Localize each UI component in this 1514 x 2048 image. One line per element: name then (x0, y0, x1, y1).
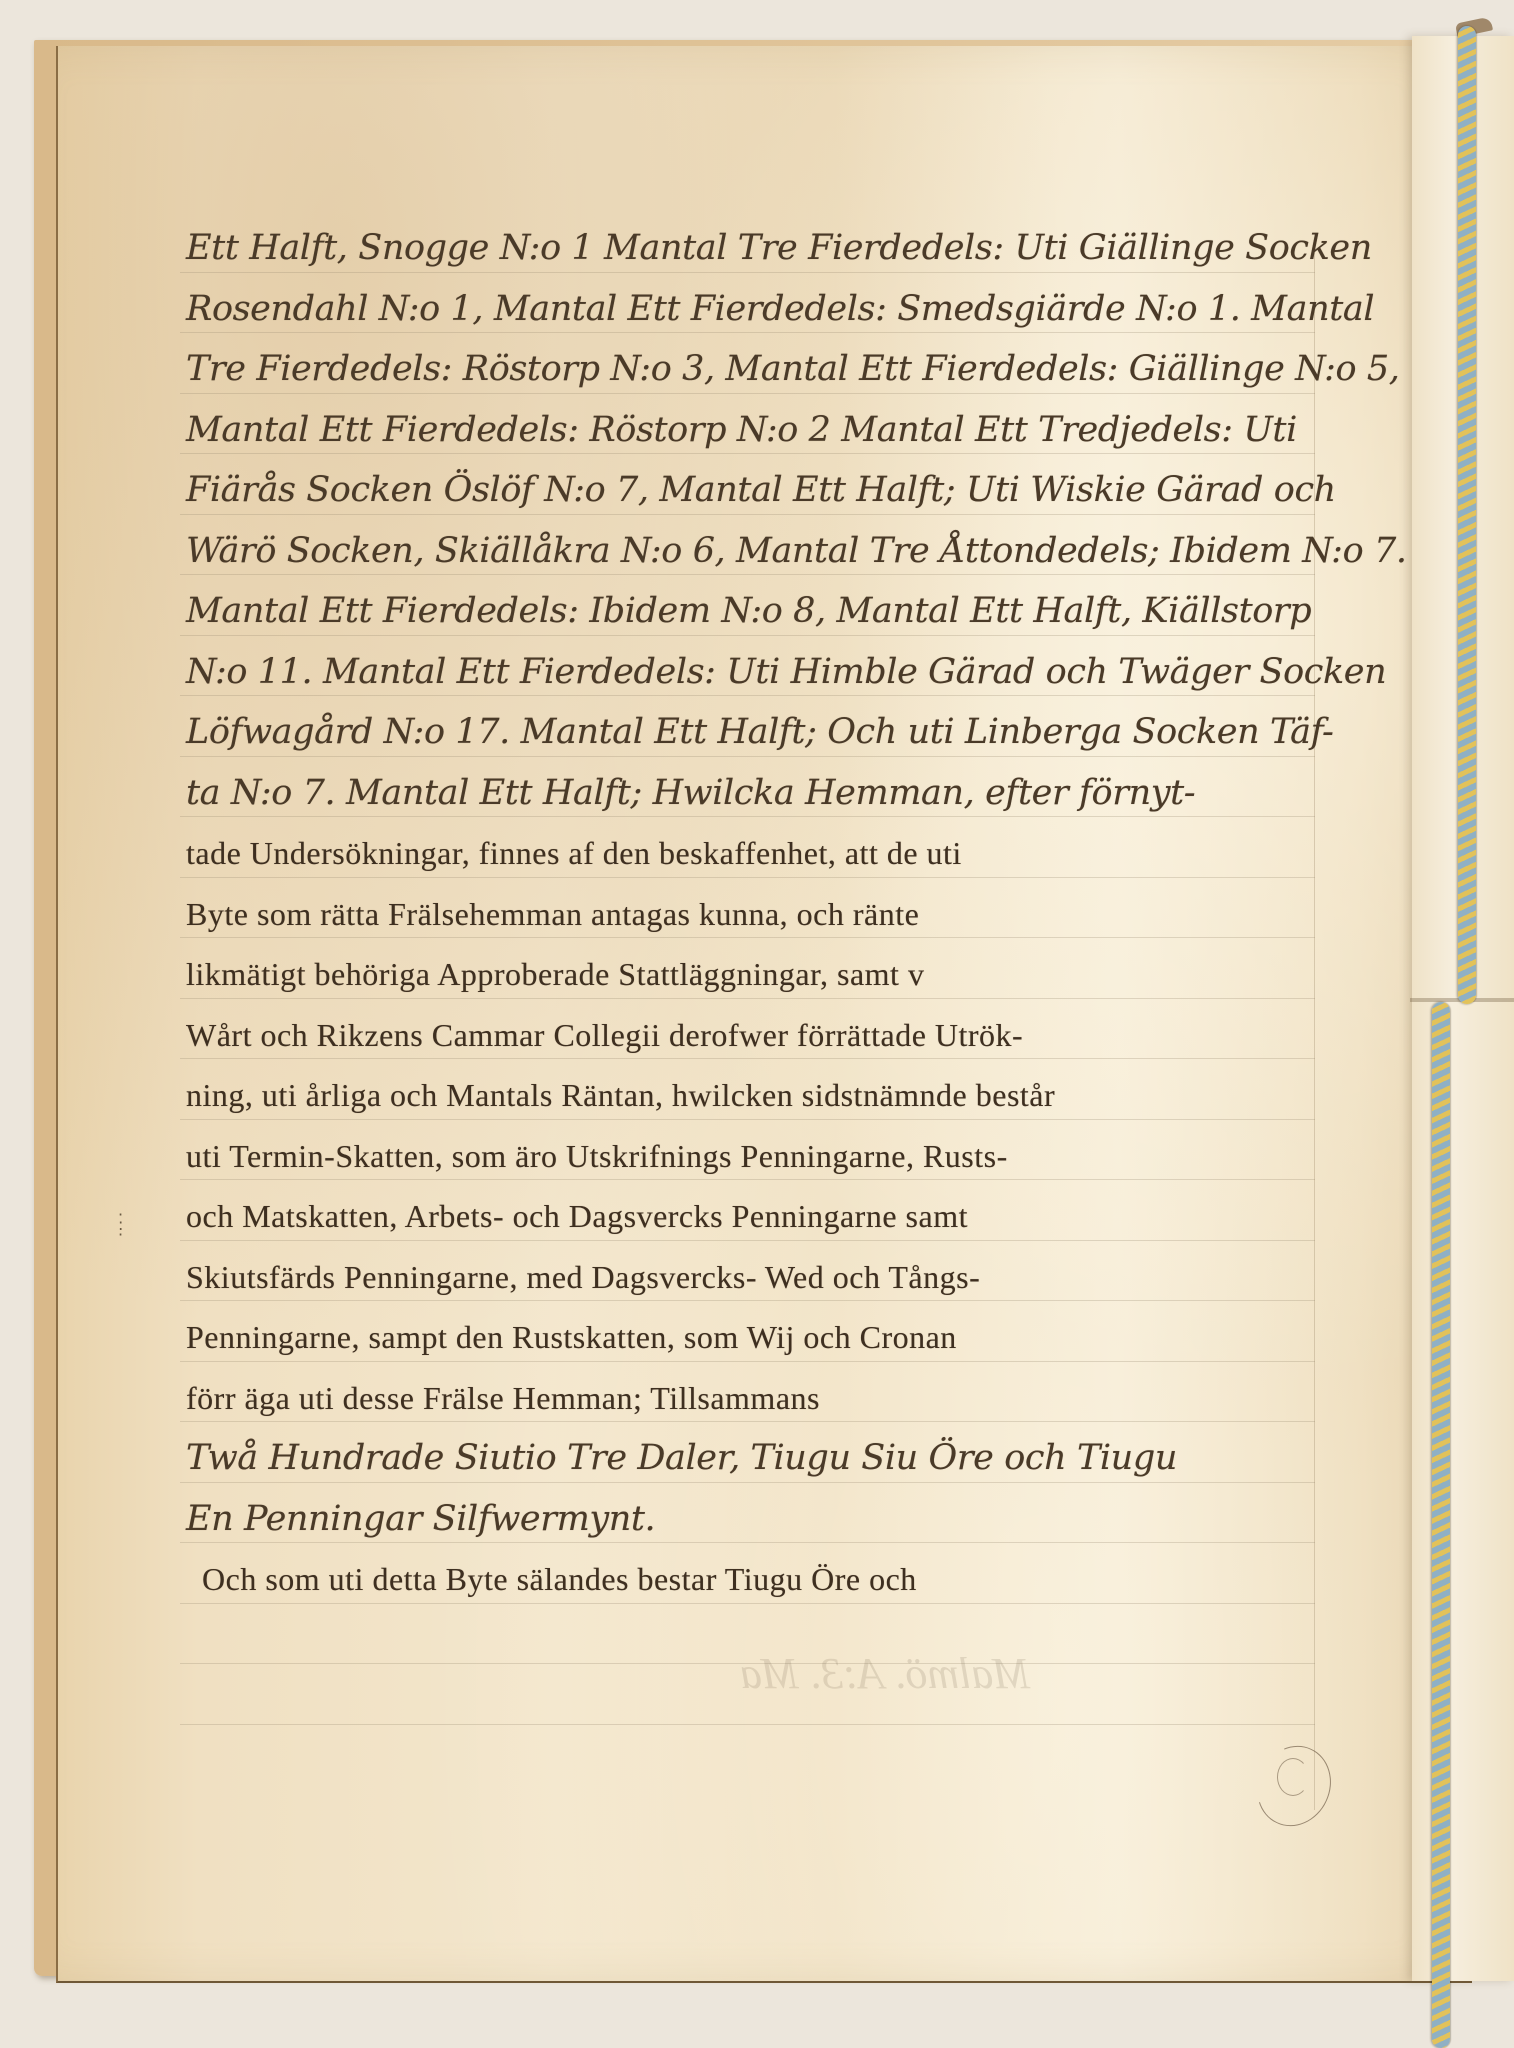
text-line: tade Undersökningar, finnes af den beska… (186, 823, 1316, 884)
text-line: Rosendahl N:o 1, Mantal Ett Fierdedels: … (186, 279, 1316, 340)
text-line: uti Termin-Skatten, som äro Utskrifnings… (186, 1126, 1316, 1187)
text-line: Fiärås Socken Öslöf N:o 7, Mantal Ett Ha… (186, 460, 1316, 521)
text-line: Ett Halft, Snogge N:o 1 Mantal Tre Fierd… (186, 218, 1316, 279)
manuscript-text: Ett Halft, Snogge N:o 1 Mantal Tre Fierd… (186, 218, 1316, 1610)
text-line: Mantal Ett Fierdedels: Ibidem N:o 8, Man… (186, 581, 1316, 642)
bleed-through-text: Malmö. A:3. Ma (740, 1648, 1030, 1699)
catchword-flourish-inner (1277, 1758, 1309, 1796)
binding-cord-upper (1458, 26, 1476, 1004)
text-line: ning, uti årliga och Mantals Räntan, hwi… (186, 1065, 1316, 1126)
text-line: Twå Hundrade Siutio Tre Daler, Tiugu Siu… (186, 1428, 1316, 1489)
text-line: Wärö Socken, Skiällåkra N:o 6, Mantal Tr… (186, 521, 1316, 582)
text-line: Löfwagård N:o 17. Mantal Ett Halft; Och … (186, 702, 1316, 763)
text-line: ta N:o 7. Mantal Ett Halft; Hwilcka Hemm… (186, 763, 1316, 824)
text-line: En Penningar Silfwermynt. (186, 1489, 1316, 1550)
text-line: förr äga uti desse Frälse Hemman; Tillsa… (186, 1368, 1316, 1429)
binding-cord-lower (1432, 1002, 1450, 2048)
text-line: och Matskatten, Arbets- och Dagsvercks P… (186, 1186, 1316, 1247)
text-line: Penningarne, sampt den Rustskatten, som … (186, 1307, 1316, 1368)
text-line: Skiutsfärds Penningarne, med Dagsvercks-… (186, 1247, 1316, 1308)
text-line: N:o 11. Mantal Ett Fierdedels: Uti Himbl… (186, 642, 1316, 703)
margin-marks: ·:· (118, 1210, 123, 1240)
text-line: Och som uti detta Byte sälandes bestar T… (186, 1549, 1316, 1610)
ruled-line (180, 1724, 1315, 1725)
text-line: Mantal Ett Fierdedels: Röstorp N:o 2 Man… (186, 400, 1316, 461)
text-line: likmätigt behöriga Approberade Stattlägg… (186, 944, 1316, 1005)
text-line: Byte som rätta Frälsehemman antagas kunn… (186, 884, 1316, 945)
text-line: Tre Fierdedels: Röstorp N:o 3, Mantal Et… (186, 339, 1316, 400)
text-line: Wårt och Rikzens Cammar Collegii derofwe… (186, 1005, 1316, 1066)
